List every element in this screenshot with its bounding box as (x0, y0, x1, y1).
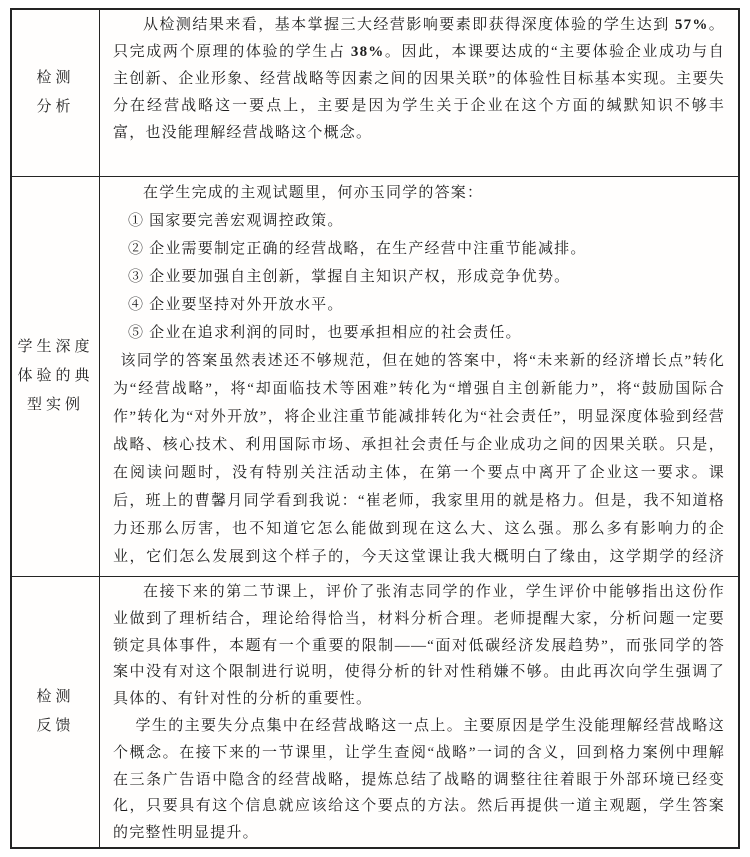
paragraph: 该同学的答案虽然表述还不够规范，但在她的答案中，将“未来新的经济增长点”转化为“… (113, 347, 725, 576)
text-run: ③ 企业要加强自主创新，掌握自主知识产权，形成竞争优势。 (128, 269, 570, 285)
paragraph: 从检测结果来看，基本掌握三大经营影响要素即获得深度体验的学生达到 57%。只完成… (113, 12, 725, 147)
row-content-analysis: 从检测结果来看，基本掌握三大经营影响要素即获得深度体验的学生达到 57%。只完成… (100, 10, 738, 176)
paragraph: ③ 企业要加强自主创新，掌握自主知识产权，形成竞争优势。 (113, 263, 725, 291)
text-run: 在学生完成的主观试题里，何亦玉同学的答案： (143, 185, 483, 201)
bold-number: 38% (351, 44, 385, 60)
text-run: ④ 企业要坚持对外开放水平。 (128, 297, 344, 313)
document-page: 检测 分析 从检测结果来看，基本掌握三大经营影响要素即获得深度体验的学生达到 5… (0, 0, 750, 857)
paragraph: 在接下来的第二节课上，评价了张洧志同学的作业，学生评价中能够指出这份作业做到了理… (113, 579, 725, 713)
text-run: 在接下来的第二节课上，评价了张洧志同学的作业，学生评价中能够指出这份作业做到了理… (113, 584, 725, 707)
row-label-examples: 学生深度 体验的典 型实例 (12, 177, 100, 576)
text-run: ② 企业需要制定正确的经营战略，在生产经营中注重节能减排。 (128, 241, 587, 257)
paragraph: ② 企业需要制定正确的经营战略，在生产经营中注重节能减排。 (113, 235, 725, 263)
text-run: ① 国家要完善宏观调控政策。 (128, 213, 344, 229)
table-row-analysis: 检测 分析 从检测结果来看，基本掌握三大经营影响要素即获得深度体验的学生达到 5… (12, 10, 738, 177)
table-row-examples: 学生深度 体验的典 型实例 在学生完成的主观试题里，何亦玉同学的答案：① 国家要… (12, 177, 738, 577)
paragraph: 在学生完成的主观试题里，何亦玉同学的答案： (113, 179, 725, 207)
paragraph: ① 国家要完善宏观调控政策。 (113, 207, 725, 235)
text-run: 从检测结果来看，基本掌握三大经营影响要素即获得深度体验的学生达到 (143, 17, 675, 33)
bold-number: 57% (675, 17, 709, 33)
paragraph: ⑤ 企业在追求利润的同时，也要承担相应的社会责任。 (113, 319, 725, 347)
row-label-feedback: 检测 反馈 (12, 577, 100, 847)
paragraph: ④ 企业要坚持对外开放水平。 (113, 291, 725, 319)
text-run: ⑤ 企业在追求利润的同时，也要承担相应的社会责任。 (128, 325, 522, 341)
table-row-feedback: 检测 反馈 在接下来的第二节课上，评价了张洧志同学的作业，学生评价中能够指出这份… (12, 577, 738, 847)
row-label-analysis: 检测 分析 (12, 10, 100, 176)
text-run: 学生的主要失分点集中在经营战略这一点上。主要原因是学生没能理解经营战略这个概念。… (113, 718, 725, 841)
assessment-table: 检测 分析 从检测结果来看，基本掌握三大经营影响要素即获得深度体验的学生达到 5… (10, 8, 740, 849)
row-content-examples: 在学生完成的主观试题里，何亦玉同学的答案：① 国家要完善宏观调控政策。② 企业需… (100, 177, 738, 576)
row-content-feedback: 在接下来的第二节课上，评价了张洧志同学的作业，学生评价中能够指出这份作业做到了理… (100, 577, 738, 847)
paragraph: 学生的主要失分点集中在经营战略这一点上。主要原因是学生没能理解经营战略这个概念。… (113, 713, 725, 847)
text-run: 该同学的答案虽然表述还不够规范，但在她的答案中，将“未来新的经济增长点”转化为“… (113, 353, 725, 576)
